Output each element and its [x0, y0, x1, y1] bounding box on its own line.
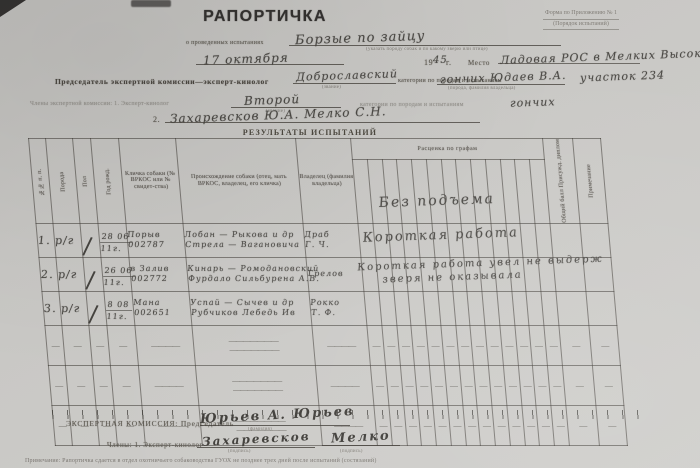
dog-number: 002787: [128, 240, 185, 250]
chairman-category-extra-handwritten: участок 234: [580, 69, 665, 85]
dog-number: 002772: [131, 274, 188, 284]
results-table: №№ п. п. Порода Пол Год рожд. Кличка соб…: [28, 138, 624, 410]
sex-mark: ∕: [83, 245, 91, 247]
empty-cell: ————: [315, 365, 373, 405]
member2-number: 2.: [153, 115, 160, 124]
member1-value-handwritten: Второй: [244, 92, 301, 108]
col-header-owner: Владелец (фамилия владельца): [296, 139, 358, 224]
tests-label: о проведенных испытаниях: [186, 40, 264, 46]
chairman-category-caption: (порода, фамилия владельца): [448, 86, 516, 91]
empty-cell: —: [107, 325, 138, 365]
year-bottom: 11г.: [106, 312, 134, 322]
origin-dam: Стрела — Вагановича: [185, 240, 305, 250]
dog-name: Мана: [133, 298, 190, 308]
dog-name: Порыв: [127, 230, 184, 240]
sig-members-label: Члены: 1. Эксперт-кинолог: [107, 441, 203, 449]
empty-cell: —: [65, 365, 95, 405]
scanned-report-form: РАПОРТИЧКА Форма по Приложению № 1 (Поря…: [0, 0, 700, 468]
origin-sire: Кинарь — Ромодановский: [187, 264, 307, 274]
breed-value: р/г: [57, 268, 77, 281]
form-reference-line2: (Порядок испытаний): [543, 20, 619, 31]
chairman-rank-caption: (звание): [322, 85, 341, 90]
owner-initials: Т. Ф.: [311, 308, 366, 318]
date-underline: [196, 64, 344, 65]
empty-table-row: — — — — ———— —————————————— ———— ———————…: [48, 365, 624, 405]
form-reference-line1: Форма по Приложению № 1: [543, 9, 619, 20]
form-reference: Форма по Приложению № 1 (Порядок испытан…: [543, 9, 619, 30]
owner-initials: Г. Ч.: [305, 240, 360, 250]
members-label: Члены экспертной комиссии: 1. Эксперт-ки…: [30, 101, 169, 107]
empty-table-row: — — — — ———— —————————————— ———— ———————…: [45, 325, 621, 365]
results-title: РЕЗУЛЬТАТЫ ИСПЫТАНИЙ: [200, 128, 420, 137]
table-row: 1. р/г ∕ 28 06 11г. Порыв 002787 Лобан —…: [36, 223, 611, 257]
year-bottom: 11г.: [103, 278, 131, 288]
row-number: 1.: [37, 234, 51, 247]
owner-name: Драб: [304, 230, 359, 240]
tests-caption: (указать породу собак и по какому зверю …: [296, 47, 558, 52]
sex-mark: ∕: [86, 279, 94, 281]
place-underline: [498, 63, 640, 64]
chairman-underline: [293, 83, 396, 84]
breed-value: р/г: [54, 234, 74, 247]
year-printed-prefix: 19: [424, 58, 433, 67]
year-suffix: г.: [446, 58, 452, 67]
empty-cell: ——————————————: [195, 365, 318, 405]
chairman-label: Председатель экспертной комиссии—эксперт…: [55, 77, 269, 86]
footnote: Примечание: Рапортичка сдается в отдел о…: [25, 458, 690, 464]
row-number: 3.: [43, 302, 57, 315]
row-number: 2.: [40, 268, 54, 281]
page-title: РАПОРТИЧКА: [150, 8, 380, 26]
col-header-origin: Происхождение собаки (отец, мать ВРКОС, …: [176, 139, 303, 224]
dog-number: 002651: [134, 308, 191, 318]
member-signature-2: Мелко: [331, 428, 391, 446]
empty-cell: ——————————————: [192, 325, 315, 365]
col-header-score-group: Расценка по графам: [351, 139, 545, 160]
sex-mark: ∕: [89, 313, 97, 315]
scan-corner-artifact: [0, 0, 26, 17]
member-signature-caption-2: (подпись): [340, 449, 363, 454]
member-signature-1: Захаревсков: [201, 429, 310, 449]
year-bottom: 11г.: [100, 244, 128, 254]
scan-smudge-artifact: [131, 0, 171, 7]
chairman-signature-line: Юрьев А. Юрьев: [200, 406, 350, 426]
origin-sire: Успай — Сычев и др: [190, 298, 310, 308]
member1-category-value-handwritten: гончих: [510, 95, 556, 110]
results-grid: №№ п. п. Порода Пол Год рожд. Кличка соб…: [28, 138, 628, 446]
dog-name: в Залив: [130, 264, 187, 274]
col-header-name: Кличка собаки (№ ВРКОС или № свидет-ства…: [119, 139, 183, 224]
member-signature-line-2: Мелко: [322, 428, 400, 446]
breed-value: р/г: [60, 302, 80, 315]
year-top: 8 08: [105, 300, 132, 311]
empty-cell: ————: [138, 365, 198, 405]
empty-cell: ————: [135, 325, 195, 365]
origin-sire: Лобан — Рыкова и др: [184, 230, 304, 240]
place-label: Место: [468, 59, 490, 67]
owner-name: Рокко: [310, 298, 365, 308]
chairman-category-underline: [437, 84, 565, 85]
owner-name: Грелов: [307, 269, 362, 279]
origin-dam: Рубчиков Лебедь Ив: [191, 308, 311, 318]
empty-cell: —: [62, 325, 92, 365]
origin-dam: Фурдало Сильбурена А.В.: [188, 274, 308, 284]
member-signature-line-1: Захаревсков: [197, 430, 315, 448]
table-row: 3. р/г ∕ 8 08 11г. Мана 002651 Успай — С…: [42, 291, 617, 325]
member2-underline: [165, 122, 480, 123]
chairman-value-handwritten: Доброславский: [296, 67, 398, 84]
chairman-signature: Юрьев А. Юрьев: [200, 404, 355, 427]
tests-underline: [289, 45, 561, 46]
empty-cell: —: [110, 365, 141, 405]
member-signature-caption-1: (подпись): [228, 449, 251, 454]
empty-cell: ————: [312, 325, 370, 365]
